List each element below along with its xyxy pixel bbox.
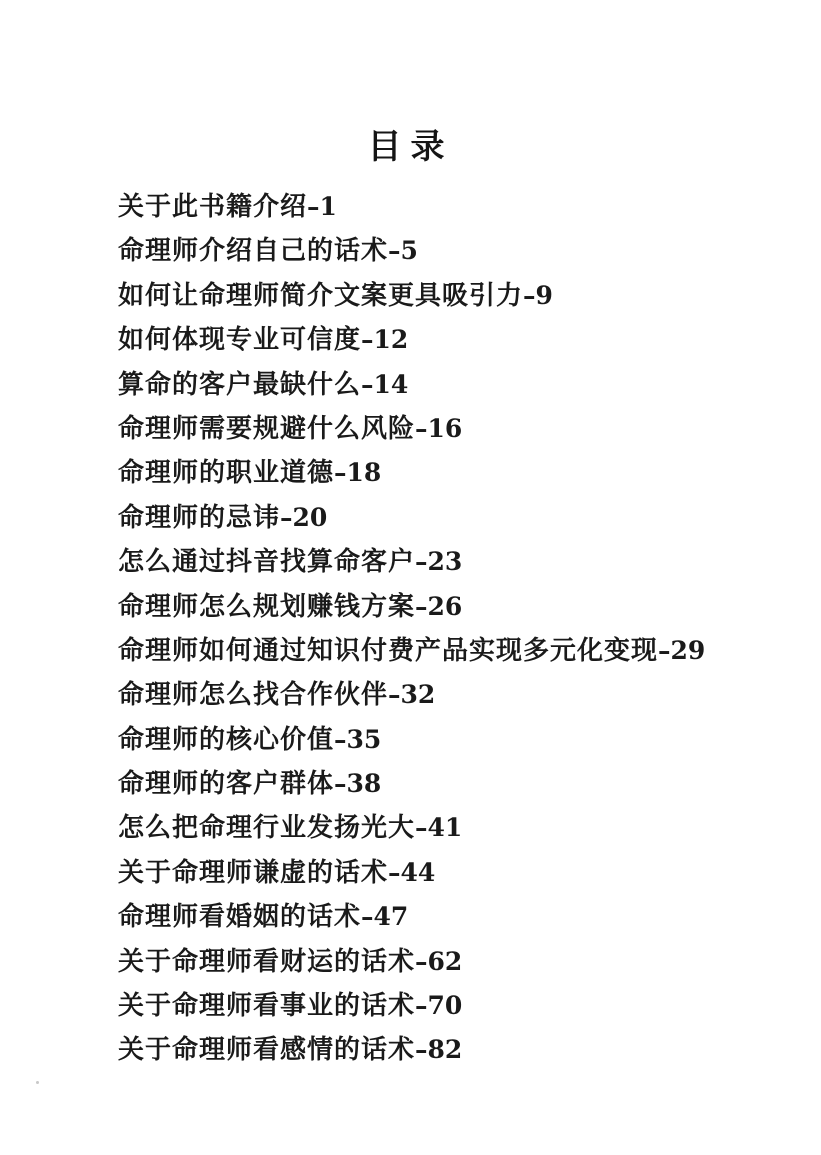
toc-entry-label: 关于此书籍介绍 — [118, 192, 307, 222]
toc-entry-label: 命理师的客户群体 — [118, 769, 334, 799]
toc-entry-page: 5 — [401, 236, 418, 265]
toc-entry: 命理师的核心价值–35 — [118, 718, 781, 762]
toc-separator: – — [280, 503, 293, 532]
toc-entry-label: 算命的客户最缺什么 — [118, 370, 361, 400]
toc-separator: – — [361, 370, 374, 399]
toc-entry-label: 命理师怎么找合作伙伴 — [118, 680, 388, 710]
toc-separator: – — [361, 902, 374, 931]
toc-entry: 关于此书籍介绍–1 — [118, 185, 781, 229]
table-of-contents: 关于此书籍介绍–1 命理师介绍自己的话术–5 如何让命理师简介文案更具吸引力–9… — [118, 185, 781, 1073]
toc-entry-label: 关于命理师看感情的话术 — [118, 1035, 415, 1065]
toc-entry-page: 9 — [536, 281, 553, 310]
scan-speck-artifact — [36, 1081, 39, 1084]
toc-entry-label: 命理师介绍自己的话术 — [118, 236, 388, 266]
toc-separator: – — [415, 991, 428, 1020]
toc-entry-page: 18 — [347, 458, 382, 487]
toc-entry-label: 命理师的职业道德 — [118, 458, 334, 488]
toc-separator: – — [388, 236, 401, 265]
toc-separator: – — [415, 592, 428, 621]
toc-entry: 命理师需要规避什么风险–16 — [118, 407, 781, 451]
toc-entry: 命理师的客户群体–38 — [118, 762, 781, 806]
toc-separator: – — [361, 325, 374, 354]
toc-entry: 如何体现专业可信度–12 — [118, 318, 781, 362]
toc-entry-page: 29 — [671, 636, 706, 665]
document-page: 目录 关于此书籍介绍–1 命理师介绍自己的话术–5 如何让命理师简介文案更具吸引… — [0, 0, 821, 1155]
toc-entry-page: 38 — [347, 769, 382, 798]
toc-entry-page: 26 — [428, 592, 463, 621]
toc-entry: 命理师看婚姻的话术–47 — [118, 895, 781, 939]
toc-entry-label: 命理师的核心价值 — [118, 725, 334, 755]
toc-separator: – — [415, 547, 428, 576]
toc-separator: – — [415, 414, 428, 443]
toc-separator: – — [334, 769, 347, 798]
toc-entry-page: 70 — [428, 991, 463, 1020]
toc-entry-label: 关于命理师看事业的话术 — [118, 991, 415, 1021]
toc-entry-label: 关于命理师看财运的话术 — [118, 947, 415, 977]
toc-entry: 算命的客户最缺什么–14 — [118, 363, 781, 407]
toc-entry-page: 47 — [374, 902, 409, 931]
toc-entry-page: 82 — [428, 1035, 463, 1064]
toc-entry-page: 14 — [374, 370, 409, 399]
toc-entry: 命理师介绍自己的话术–5 — [118, 229, 781, 273]
toc-entry-page: 12 — [374, 325, 409, 354]
toc-entry: 命理师怎么规划赚钱方案–26 — [118, 585, 781, 629]
toc-entry-page: 20 — [293, 503, 328, 532]
toc-entry-label: 怎么通过抖音找算命客户 — [118, 547, 415, 577]
toc-entry-label: 命理师的忌讳 — [118, 503, 280, 533]
toc-entry: 怎么把命理行业发扬光大–41 — [118, 806, 781, 850]
toc-entry-label: 命理师看婚姻的话术 — [118, 902, 361, 932]
toc-entry-page: 16 — [428, 414, 463, 443]
toc-entry-page: 23 — [428, 547, 463, 576]
toc-entry: 关于命理师谦虚的话术–44 — [118, 851, 781, 895]
page-title: 目录 — [0, 119, 821, 168]
toc-entry-page: 1 — [320, 192, 337, 221]
toc-separator: – — [523, 281, 536, 310]
toc-entry: 命理师怎么找合作伙伴–32 — [118, 673, 781, 717]
toc-entry-label: 关于命理师谦虚的话术 — [118, 858, 388, 888]
toc-separator: – — [388, 680, 401, 709]
toc-entry: 命理师的忌讳–20 — [118, 496, 781, 540]
toc-separator: – — [334, 725, 347, 754]
toc-separator: – — [334, 458, 347, 487]
toc-entry-label: 如何让命理师简介文案更具吸引力 — [118, 281, 523, 311]
toc-entry-label: 怎么把命理行业发扬光大 — [118, 813, 415, 843]
toc-entry-page: 44 — [401, 858, 436, 887]
toc-entry-page: 41 — [428, 813, 463, 842]
toc-separator: – — [415, 1035, 428, 1064]
toc-entry: 关于命理师看事业的话术–70 — [118, 984, 781, 1028]
toc-entry: 如何让命理师简介文案更具吸引力–9 — [118, 274, 781, 318]
toc-entry: 怎么通过抖音找算命客户–23 — [118, 540, 781, 584]
toc-entry-label: 命理师需要规避什么风险 — [118, 414, 415, 444]
toc-entry-page: 35 — [347, 725, 382, 754]
toc-entry-label: 如何体现专业可信度 — [118, 325, 361, 355]
toc-separator: – — [388, 858, 401, 887]
toc-entry-page: 62 — [428, 947, 463, 976]
toc-separator: – — [415, 813, 428, 842]
toc-entry: 命理师的职业道德–18 — [118, 451, 781, 495]
toc-entry: 关于命理师看感情的话术–82 — [118, 1028, 781, 1072]
toc-entry: 命理师如何通过知识付费产品实现多元化变现–29 — [118, 629, 781, 673]
toc-separator: – — [415, 947, 428, 976]
toc-entry-label: 命理师怎么规划赚钱方案 — [118, 592, 415, 622]
toc-entry: 关于命理师看财运的话术–62 — [118, 940, 781, 984]
toc-entry-label: 命理师如何通过知识付费产品实现多元化变现 — [118, 636, 658, 666]
toc-separator: – — [658, 636, 671, 665]
toc-separator: – — [307, 192, 320, 221]
toc-entry-page: 32 — [401, 680, 436, 709]
